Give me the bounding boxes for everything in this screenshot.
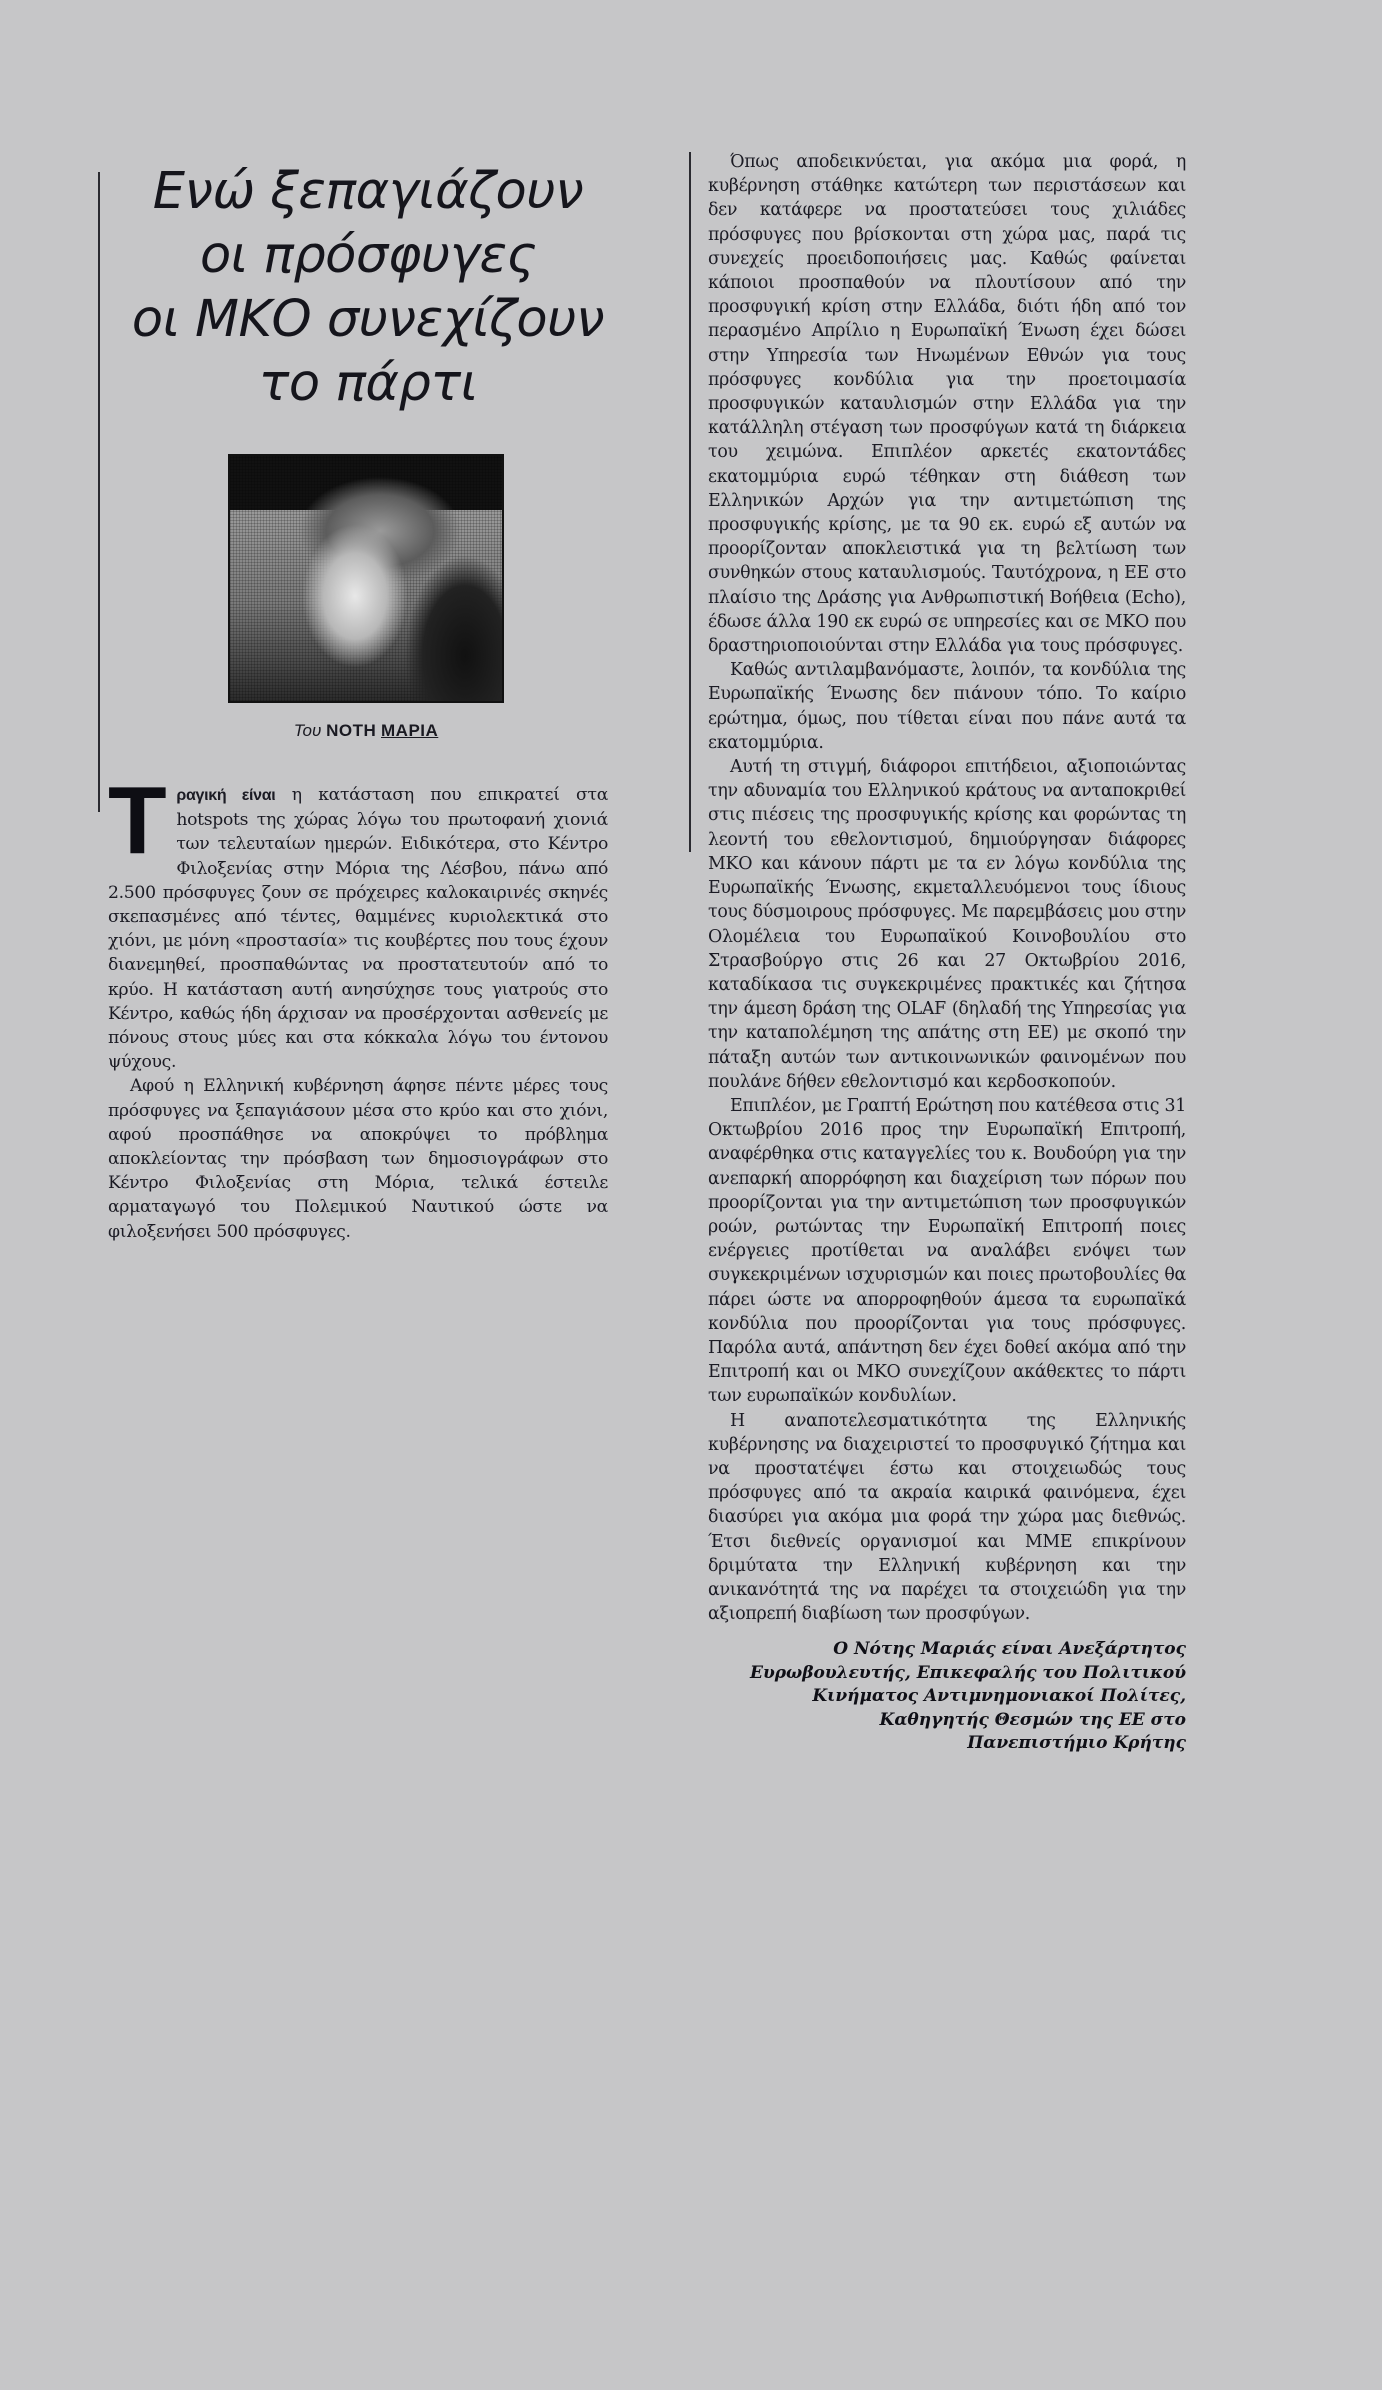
- headline-line: οι πρόσφυγες: [128, 224, 608, 288]
- byline-surname: ΜΑΡΙΑ: [381, 721, 438, 740]
- paragraph: Καθώς αντιλαμβανόμαστε, λοιπόν, τα κονδύ…: [708, 658, 1186, 755]
- byline: Του ΝΟΤΗ ΜΑΡΙΑ: [108, 721, 608, 741]
- lead-text: η κατάσταση που επικρατεί στα hotspots τ…: [108, 785, 608, 1072]
- lead-in: ραγική είναι: [176, 787, 275, 804]
- author-bio: Ο Νότης Μαριάς είναι Ανεξάρτητος Ευρωβου…: [708, 1638, 1186, 1756]
- author-photo: [228, 454, 504, 703]
- headline-line: το πάρτι: [128, 352, 608, 416]
- article-headline: Ενώ ξεπαγιάζουν οι πρόσφυγες οι ΜΚΟ συνε…: [108, 160, 608, 416]
- paragraph: Επιπλέον, με Γραπτή Ερώτηση που κατέθεσα…: [708, 1094, 1186, 1409]
- column-rule-left: [98, 172, 100, 812]
- paragraph: Όπως αποδεικνύεται, για ακόμα μια φορά, …: [708, 150, 1186, 658]
- byline-name: ΝΟΤΗ: [326, 721, 376, 740]
- drop-cap: Τ: [108, 785, 166, 857]
- article-body-right: Όπως αποδεικνύεται, για ακόμα μια φορά, …: [708, 150, 1186, 1626]
- article-body-left: Τραγική είναι η κατάσταση που επικρατεί …: [108, 783, 608, 1244]
- headline-line: Ενώ ξεπαγιάζουν: [128, 160, 608, 224]
- paragraph: Η αναποτελεσματικότητα της Ελληνικής κυβ…: [708, 1409, 1186, 1627]
- byline-prefix: Του: [294, 721, 322, 740]
- headline-line: οι ΜΚΟ συνεχίζουν: [128, 288, 608, 352]
- column-rule-right: [689, 152, 691, 852]
- left-column: Ενώ ξεπαγιάζουν οι πρόσφυγες οι ΜΚΟ συνε…: [108, 160, 608, 1244]
- paragraph: Αυτή τη στιγμή, διάφοροι επιτήδειοι, αξι…: [708, 755, 1186, 1094]
- paragraph: Αφού η Ελληνική κυβέρνηση άφησε πέντε μέ…: [108, 1074, 608, 1243]
- lead-paragraph: Τραγική είναι η κατάσταση που επικρατεί …: [108, 783, 608, 1074]
- right-column: Όπως αποδεικνύεται, για ακόμα μια φορά, …: [708, 150, 1186, 1756]
